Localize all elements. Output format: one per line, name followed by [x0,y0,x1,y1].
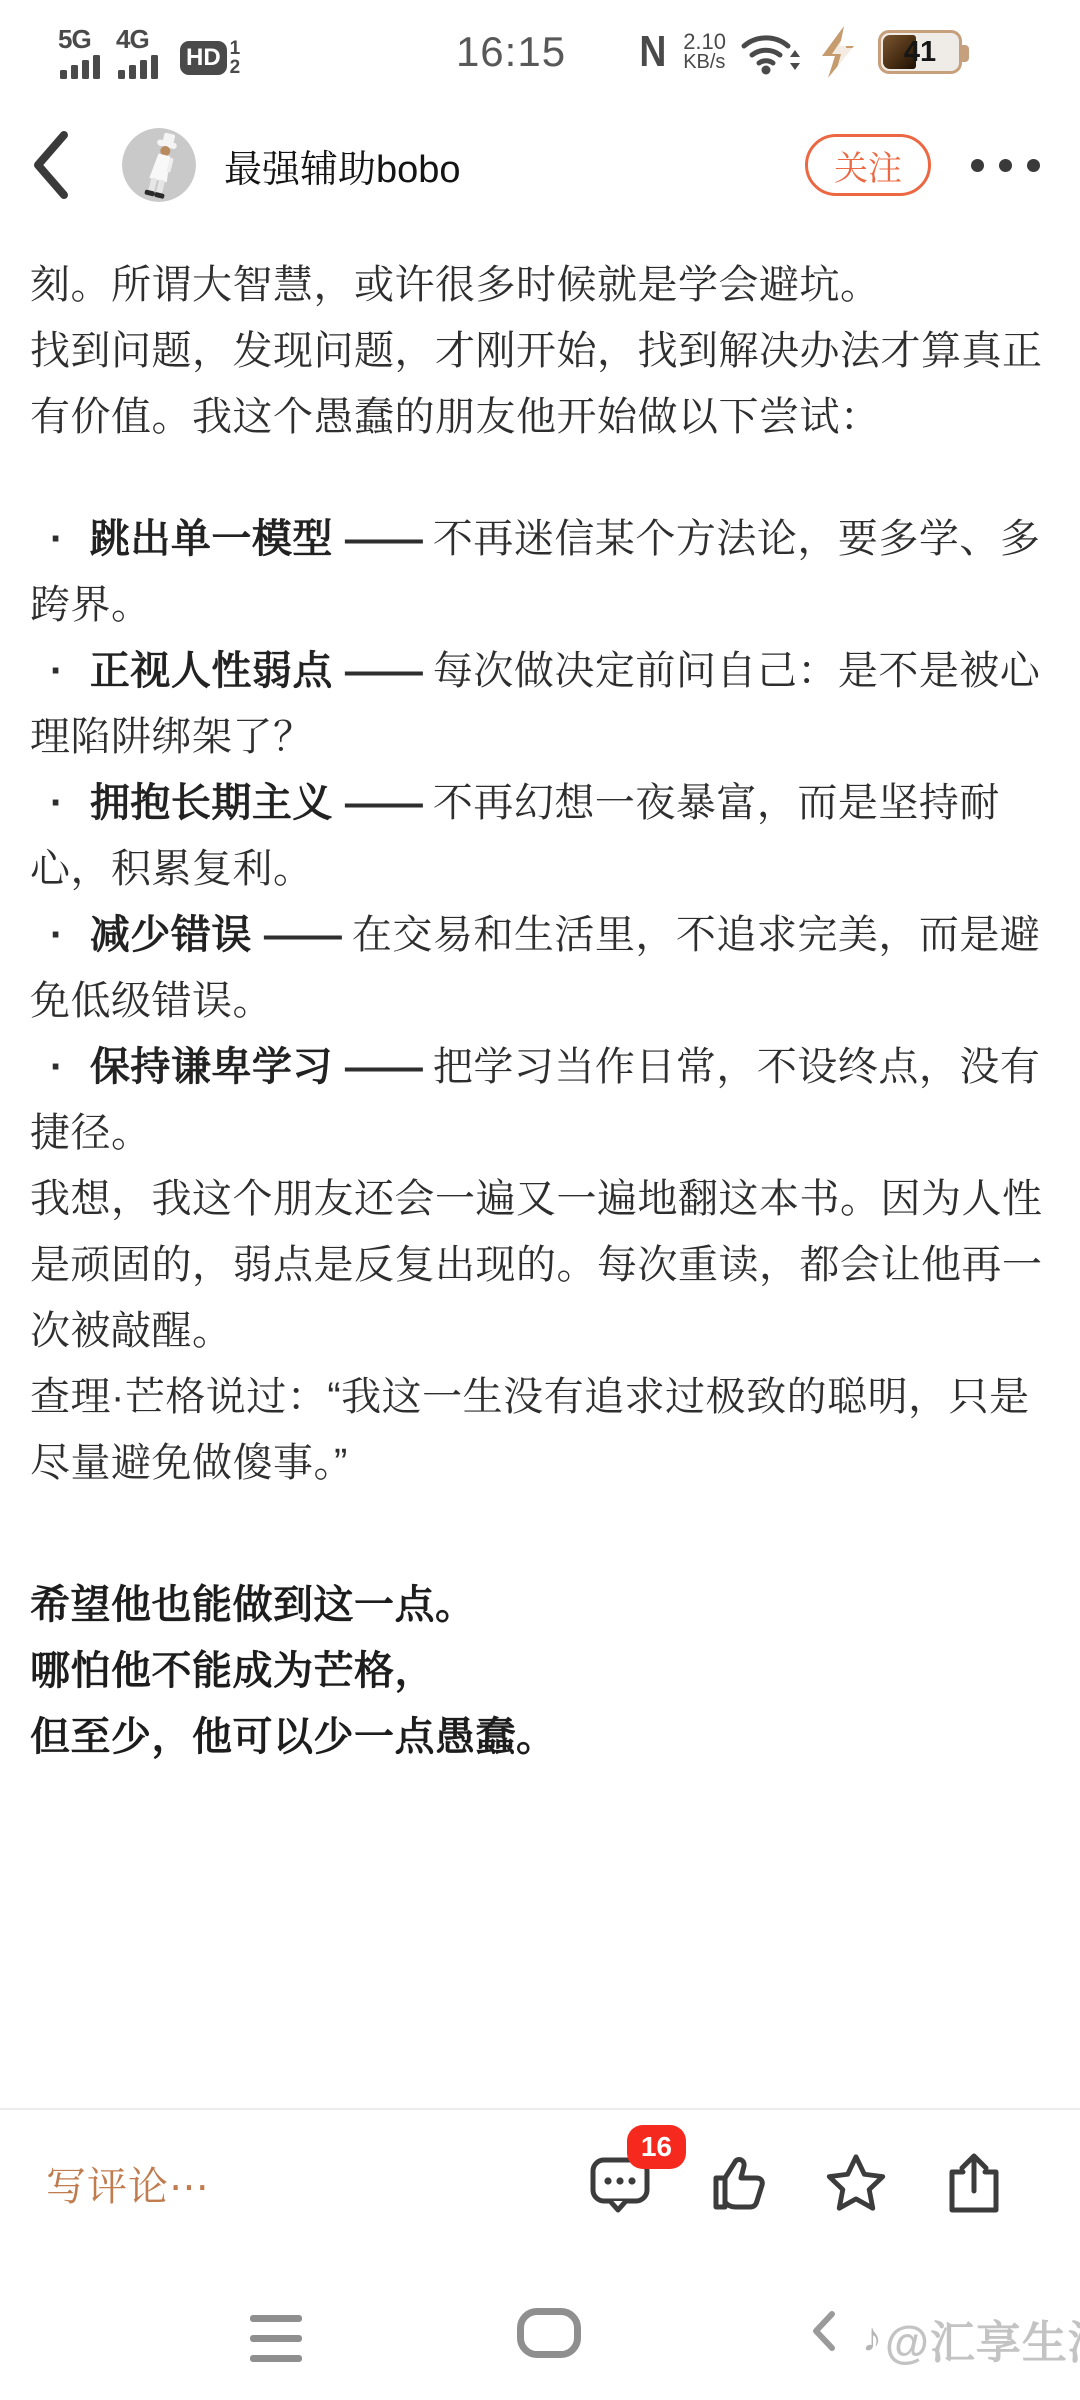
article-body: 刻。所谓大智慧，或许很多时候就是学会避坑。 找到问题，发现问题，才刚开始，找到解… [0,240,1080,1770]
menu-line [250,2315,302,2322]
hd-sim1: 1 [230,39,241,58]
bullet-marker: · [50,902,64,968]
like-button[interactable] [706,2151,770,2215]
status-bar: 5G 4G HD 1 2 16:15 [0,0,1080,90]
dot-icon [1027,159,1040,172]
recents-button[interactable] [250,2315,302,2362]
network-speed-unit: KB/s [683,52,725,73]
bullet-lead: 减少错误 [90,913,252,957]
wifi-icon [740,29,802,75]
article-paragraph: 刻。所谓大智慧，或许很多时候就是学会避坑。 [30,252,1050,318]
system-nav-bar: ♪ @汇享生活 [0,2262,1080,2400]
page-header: 最强辅助bobo 关注 [0,90,1080,240]
network-speed: 2.10 KB/s [683,31,726,73]
battery-cap [962,45,969,62]
sim2-network-label: 4G [116,26,149,52]
back-button[interactable] [30,125,86,205]
watermark-logo-icon: ♪ [862,2316,883,2361]
nfc-icon: N [640,30,667,74]
nav-back-button[interactable] [810,2306,858,2356]
comment-action-bar: 写评论⋯ 16 [0,2108,1080,2256]
star-icon [824,2151,888,2215]
bullet-marker: · [50,638,64,704]
bullet-list: ·跳出单一模型——不再迷信某个方法论，要多学、多跨界。 ·正视人性弱点——每次做… [30,506,1050,1166]
thumbs-up-icon [706,2151,770,2215]
bullet-dash: —— [345,517,421,561]
charging-bolt-icon [816,26,864,78]
signal-bars-icon [60,53,102,79]
article-paragraph: 我想，我这个朋友还会一遍又一遍地翻这本书。因为人性是顽固的，弱点是反复出现的。每… [30,1166,1050,1364]
comment-count-badge: 16 [627,2125,686,2169]
menu-line [250,2355,302,2362]
watermark-text: @汇享生活 [885,2306,1080,2371]
menu-line [250,2335,302,2342]
bullet-dash: —— [345,781,421,825]
bullet-lead: 拥抱长期主义 [90,781,333,825]
screen: { "status_bar": { "sim1": { "label": "5G… [0,0,1080,2400]
bullet-marker: · [50,1034,64,1100]
follow-button[interactable]: 关注 [805,134,931,196]
battery-percent: 41 [881,33,959,71]
hd-voice-indicator: HD 1 2 [180,39,240,77]
article-paragraph: 查理·芒格说过：“我这一生没有追求过极致的聪明，只是尽量避免做傻事。” [30,1364,1050,1496]
article-paragraph: 找到问题，发现问题，才刚开始，找到解决办法才算真正有价值。我这个愚蠢的朋友他开始… [30,318,1050,450]
signal-bars-icon [118,53,160,79]
watermark: ♪ @汇享生活 [862,2306,1080,2371]
dot-icon [971,159,984,172]
status-right: N 2.10 KB/s 41 [566,26,962,78]
share-button[interactable] [942,2151,1006,2215]
bullet-marker: · [50,770,64,836]
action-icons: 16 [588,2151,1006,2215]
bullet-dash: —— [345,649,421,693]
hd-sim-numbers: 1 2 [230,39,241,77]
bullet-lead: 跳出单一模型 [90,517,333,561]
favorite-button[interactable] [824,2151,888,2215]
bullet-item: ·正视人性弱点——每次做决定前问自己：是不是被心理陷阱绑架了？ [30,638,1050,770]
share-icon [944,2151,1004,2215]
bullet-lead: 保持谦卑学习 [90,1045,333,1089]
closing-line: 希望他也能做到这一点。 [30,1572,1050,1638]
avatar[interactable] [122,128,196,202]
network-speed-value: 2.10 [683,31,726,52]
back-chevron-icon [30,129,72,201]
author-username[interactable]: 最强辅助bobo [224,138,805,193]
bullet-item: ·跳出单一模型——不再迷信某个方法论，要多学、多跨界。 [30,506,1050,638]
sim1-network-label: 5G [58,26,91,52]
bullet-dash: —— [264,913,340,957]
closing-line: 但至少，他可以少一点愚蠢。 [30,1704,1050,1770]
bullet-lead: 正视人性弱点 [90,649,333,693]
back-arrow-icon [810,2306,858,2356]
sim2-signal: 4G [118,26,160,79]
bullet-dash: —— [345,1045,421,1089]
hd-icon: HD [180,41,227,75]
sim1-signal: 5G [60,26,102,79]
write-comment-input[interactable]: 写评论⋯ [46,2155,588,2212]
bullet-marker: · [50,506,64,572]
closing-lines: 希望他也能做到这一点。 哪怕他不能成为芒格， 但至少，他可以少一点愚蠢。 [30,1572,1050,1770]
more-menu-button[interactable] [971,149,1040,182]
bullet-item: ·减少错误——在交易和生活里，不追求完美，而是避免低级错误。 [30,902,1050,1034]
status-left: 5G 4G HD 1 2 [60,26,456,79]
status-time: 16:15 [456,28,566,76]
battery-indicator: 41 [878,30,962,74]
closing-line: 哪怕他不能成为芒格， [30,1638,1050,1704]
hd-sim2: 2 [230,58,241,77]
dot-icon [999,159,1012,172]
home-button[interactable] [517,2308,581,2358]
comments-button[interactable]: 16 [588,2151,652,2215]
bullet-item: ·拥抱长期主义——不再幻想一夜暴富，而是坚持耐心，积累复利。 [30,770,1050,902]
bullet-item: ·保持谦卑学习——把学习当作日常，不设终点，没有捷径。 [30,1034,1050,1166]
